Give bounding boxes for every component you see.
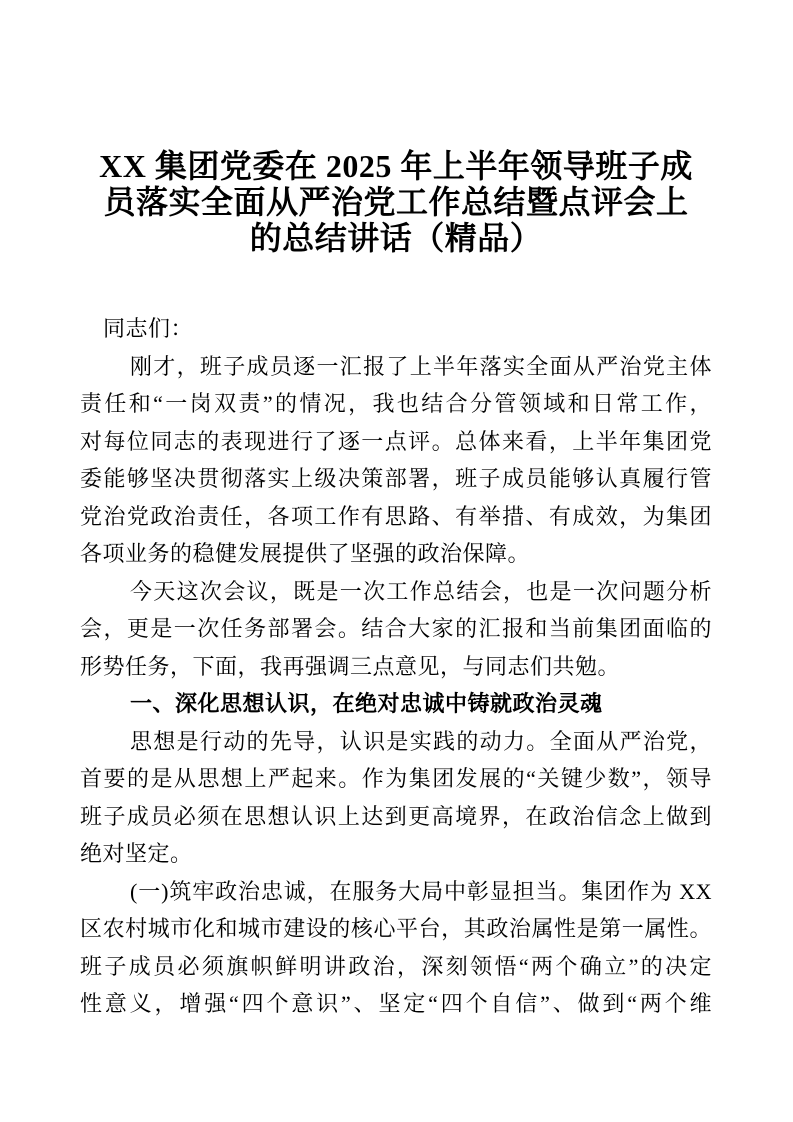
title-line: XX 集团党委在 2025 年上半年领导班子成 — [80, 148, 712, 184]
text-line: 同志们： — [80, 310, 712, 348]
document-title: XX 集团党委在 2025 年上半年领导班子成员落实全面从严治党工作总结暨点评会… — [80, 148, 712, 256]
text-line: 思想是行动的先导，认识是实践的动力。全面从严治党， — [80, 723, 712, 761]
text-line: 各项业务的稳健发展提供了坚强的政治保障。 — [80, 535, 712, 573]
text-line: 形势任务，下面，我再强调三点意见，与同志们共勉。 — [80, 648, 712, 686]
text-line: 委能够坚决贯彻落实上级决策部署，班子成员能够认真履行管 — [80, 460, 712, 498]
text-line: 区农村城市化和城市建设的核心平台，其政治属性是第一属性。 — [80, 910, 712, 948]
text-line: 性意义，增强“四个意识”、坚定“四个自信”、做到“两个维 — [80, 985, 712, 1023]
text-line: 责任和“一岗双责”的情况，我也结合分管领域和日常工作， — [80, 385, 712, 423]
text-line: 今天这次会议，既是一次工作总结会，也是一次问题分析 — [80, 573, 712, 611]
title-line: 的总结讲话（精品） — [80, 220, 712, 256]
text-line: 首要的是从思想上严起来。作为集团发展的“关键少数”，领导 — [80, 760, 712, 798]
text-line: 对每位同志的表现进行了逐一点评。总体来看，上半年集团党 — [80, 423, 712, 461]
title-line: 员落实全面从严治党工作总结暨点评会上 — [80, 184, 712, 220]
text-line: 班子成员必须旗帜鲜明讲政治，深刻领悟“两个确立”的决定 — [80, 948, 712, 986]
document-body: 同志们：刚才，班子成员逐一汇报了上半年落实全面从严治党主体责任和“一岗双责”的情… — [80, 310, 712, 1023]
text-line: 刚才，班子成员逐一汇报了上半年落实全面从严治党主体 — [80, 348, 712, 386]
text-line: 党治党政治责任，各项工作有思路、有举措、有成效，为集团 — [80, 498, 712, 536]
text-line: 绝对坚定。 — [80, 835, 712, 873]
document-page: XX 集团党委在 2025 年上半年领导班子成员落实全面从严治党工作总结暨点评会… — [0, 0, 793, 1122]
text-line: (一)筑牢政治忠诚，在服务大局中彰显担当。集团作为 XX — [80, 873, 712, 911]
text-line: 班子成员必须在思想认识上达到更高境界，在政治信念上做到 — [80, 798, 712, 836]
section-heading-line: 一、深化思想认识，在绝对忠诚中铸就政治灵魂 — [80, 685, 712, 723]
text-line: 会，更是一次任务部署会。结合大家的汇报和当前集团面临的 — [80, 610, 712, 648]
